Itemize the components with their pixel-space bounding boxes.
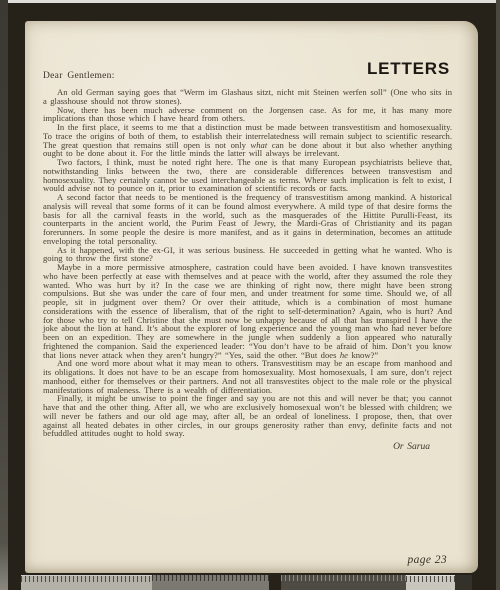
paragraph-text: Finally, it might be unwise to point the…: [43, 393, 452, 438]
paragraph-text: A second factor that needs to be mention…: [43, 192, 452, 246]
letter-salutation: Dear Gentlemen:: [43, 71, 115, 81]
scan-right-edge: [496, 0, 500, 590]
ruler-segment-dark: [281, 575, 406, 590]
paragraph-text: And one word more about what it may mean…: [43, 358, 452, 394]
paragraph-text: Now, there has been much adverse comment…: [43, 105, 452, 124]
letter-body: An old German saying goes that “Werm im …: [43, 88, 452, 452]
paragraph-text: Maybe in a more permissive atmosphere, c…: [43, 262, 452, 360]
letter-signature: Or Sarua: [43, 443, 452, 452]
letter-paragraph: In the first place, it seems to me that …: [43, 123, 452, 158]
letter-paragraph: Finally, it might be unwise to point the…: [43, 394, 452, 438]
paragraph-text: As it happened, with the ex-GI, it was s…: [43, 245, 452, 264]
letter-paragraph: Now, there has been much adverse comment…: [43, 106, 452, 124]
scan-top-edge: [8, 0, 500, 3]
page-number: page 23: [407, 554, 447, 566]
paragraph-text: Two factors, I think, must be noted righ…: [43, 157, 452, 193]
letter-paragraph: A second factor that needs to be mention…: [43, 193, 452, 246]
ruler-segment-deep: [455, 575, 472, 590]
letter-paragraph: As it happened, with the ex-GI, it was s…: [43, 246, 452, 264]
book-spine-edge: [0, 0, 8, 590]
scanned-letter-page: Dear Gentlemen: LETTERS An old German sa…: [25, 21, 478, 573]
scan-background-frame: Dear Gentlemen: LETTERS An old German sa…: [0, 0, 500, 590]
calibration-ruler: [0, 575, 500, 590]
letter-paragraph: And one word more about what it may mean…: [43, 359, 452, 394]
ruler-segment-white: [406, 575, 455, 590]
letter-paragraph: An old German saying goes that “Werm im …: [43, 88, 452, 106]
letter-paragraph: Maybe in a more permissive atmosphere, c…: [43, 263, 452, 359]
paragraph-text: An old German saying goes that “Werm im …: [43, 87, 452, 106]
page-title: LETTERS: [367, 59, 450, 79]
letter-paragraph: Two factors, I think, must be noted righ…: [43, 158, 452, 193]
ruler-segment-mid: [152, 575, 269, 590]
ruler-segment-light: [21, 575, 152, 590]
